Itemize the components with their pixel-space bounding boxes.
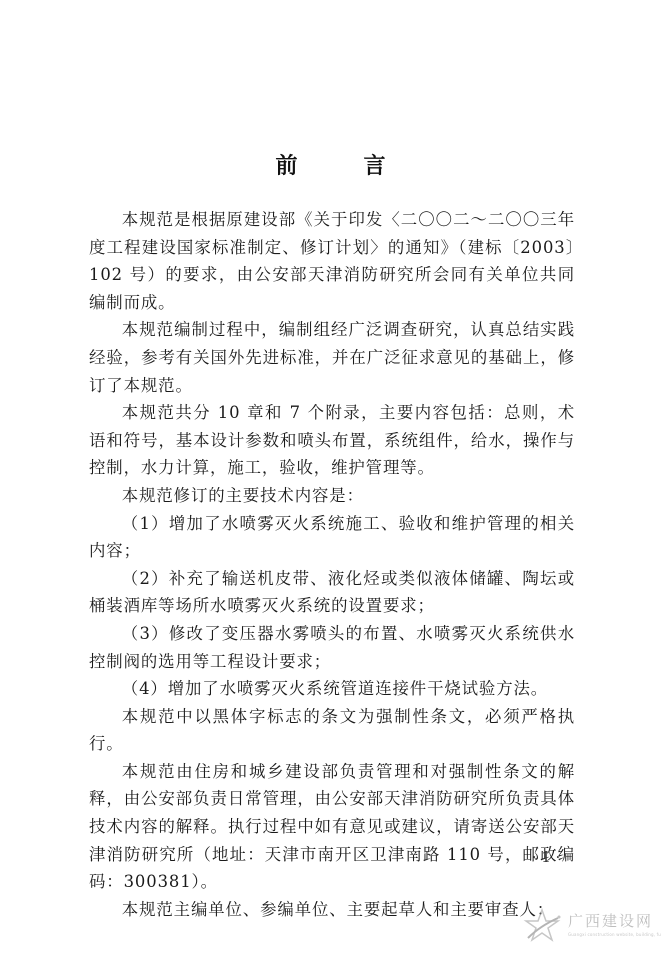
- watermark-name: 广西建设网: [568, 910, 653, 931]
- paragraph-editors: 本规范主编单位、参编单位、主要起草人和主要审查人：: [89, 896, 575, 924]
- paragraph-revision-intro: 本规范修订的主要技术内容是：: [89, 482, 575, 510]
- paragraph-mandatory: 本规范中以黑体字标志的条文为强制性条文，必须严格执行。: [89, 703, 575, 758]
- revision-item-4: （4）增加了水喷雾灭火系统管道连接件干烧试验方法。: [89, 675, 575, 703]
- page-title: 前言: [0, 149, 661, 180]
- watermark: 广西建设网 Guangxi construction website, buil…: [518, 908, 658, 948]
- revision-item-1: （1）增加了水喷雾灭火系统施工、验收和维护管理的相关内容；: [89, 510, 575, 565]
- page-number: · 1 ·: [518, 848, 574, 866]
- paragraph-origin: 本规范是根据原建设部《关于印发〈二〇〇二～二〇〇三年度工程建设国家标准制定、修订…: [89, 206, 575, 316]
- revision-item-3: （3）修改了变压器水雾喷头的布置、水喷雾灭火系统供水控制阀的选用等工程设计要求；: [89, 620, 575, 675]
- preface-body: 本规范是根据原建设部《关于印发〈二〇〇二～二〇〇三年度工程建设国家标准制定、修订…: [89, 206, 575, 923]
- paragraph-contents: 本规范共分 10 章和 7 个附录，主要内容包括：总则，术语和符号，基本设计参数…: [89, 399, 575, 482]
- paragraph-process: 本规范编制过程中，编制组经广泛调查研究，认真总结实践经验，参考有关国外先进标准，…: [89, 316, 575, 399]
- page-title-char-2: 言: [364, 149, 386, 180]
- page-title-char-1: 前: [275, 149, 297, 180]
- star-swoosh-icon: [522, 908, 562, 944]
- paragraph-management: 本规范由住房和城乡建设部负责管理和对强制性条文的解释，由公安部负责日常管理，由公…: [89, 758, 575, 896]
- watermark-subtitle: Guangxi construction website, building, …: [568, 932, 661, 937]
- revision-item-2: （2）补充了输送机皮带、液化烃或类似液体储罐、陶坛或桶装酒库等场所水喷雾灭火系统…: [89, 565, 575, 620]
